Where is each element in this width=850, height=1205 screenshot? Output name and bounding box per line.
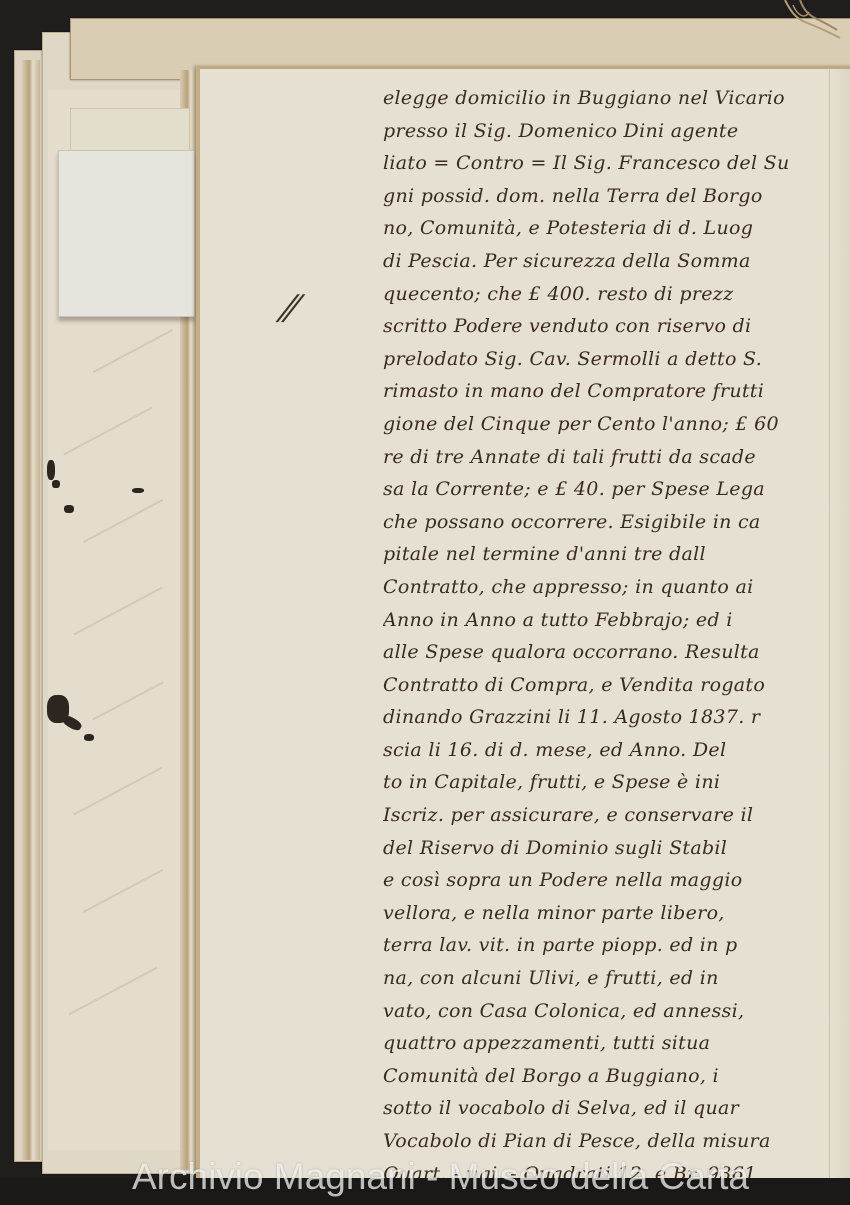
ink-blot [64,505,74,513]
text-line: dinando Grazzini li 11. Agosto 1837. r [383,701,828,734]
ink-blot [52,480,60,488]
bleed-through-mark [63,407,152,456]
text-line: Contratto di Compra, e Vendita rogato [383,669,828,702]
bleed-through-mark [83,869,163,913]
twine-binding [745,0,845,40]
text-line: del Riservo di Dominio sugli Stabil [383,832,828,865]
page-fold-edge [829,69,850,1179]
archive-watermark: Archivio Magnani - Museo della Carta [132,1156,749,1198]
text-line: e così sopra un Podere nella maggio [383,864,828,897]
text-line: scritto Podere venduto con riservo di [383,310,828,343]
bleed-through-mark [68,967,157,1016]
text-line: elegge domicilio in Buggiano nel Vicario [383,82,828,115]
page-edge-strip [22,60,40,1160]
text-line: to in Capitale, frutti, e Spese è ini [383,766,828,799]
text-line: rimasto in mano del Compratore frutti [383,375,828,408]
text-line: gni possid. dom. nella Terra del Borgo [383,180,828,213]
handwritten-text: elegge domicilio in Buggiano nel Vicario… [383,82,828,1190]
text-line: gione del Cinque per Cento l'anno; £ 60 [383,408,828,441]
bleed-through-mark [73,587,162,636]
paper-tab-note [58,150,195,317]
text-line: liato = Contro = Il Sig. Francesco del S… [383,147,828,180]
text-line: vellora, e nella minor parte libero, [383,897,828,930]
text-line: terra lav. vit. in parte piopp. ed in p [383,929,828,962]
text-line: Vocabolo di Pian di Pesce, della misura [383,1125,828,1158]
text-line: sa la Corrente; e £ 40. per Spese Lega [383,473,828,506]
text-line: pitale nel termine d'anni tre dall [383,538,828,571]
text-line: scia li 16. di d. mese, ed Anno. Del [383,734,828,767]
text-line: Contratto, che appresso; in quanto ai [383,571,828,604]
text-line: vato, con Casa Colonica, ed annessi, [383,995,828,1028]
text-line: che possano occorrere. Esigibile in ca [383,506,828,539]
ink-blot [84,734,94,741]
text-line: alle Spese qualora occorrano. Resulta [383,636,828,669]
bleed-through-mark [73,767,162,816]
bleed-through-mark [93,329,173,373]
text-line: Anno in Anno a tutto Febbrajo; ed i [383,604,828,637]
ink-blot [132,488,144,493]
text-line: no, Comunità, e Potesteria di d. Luog [383,212,828,245]
ink-blot [47,460,55,480]
text-line: quecento; che £ 400. resto di prezz [383,278,828,311]
bleed-through-mark [83,499,163,543]
text-line: na, con alcuni Ulivi, e frutti, ed in [383,962,828,995]
text-line: prelodato Sig. Cav. Sermolli a detto S. [383,343,828,376]
document-scene: // elegge domicilio in Buggiano nel Vica… [0,0,850,1205]
text-line: presso il Sig. Domenico Dini agente [383,115,828,148]
text-line: di Pescia. Per sicurezza della Somma [383,245,828,278]
bleed-through-mark [92,681,164,720]
text-line: quattro appezzamenti, tutti situa [383,1027,828,1060]
text-line: Comunità del Borgo a Buggiano, i [383,1060,828,1093]
text-line: re di tre Annate di tali frutti da scade [383,441,828,474]
text-line: sotto il vocabolo di Selva, ed il quar [383,1092,828,1125]
text-line: Iscriz. per assicurare, e conservare il [383,799,828,832]
